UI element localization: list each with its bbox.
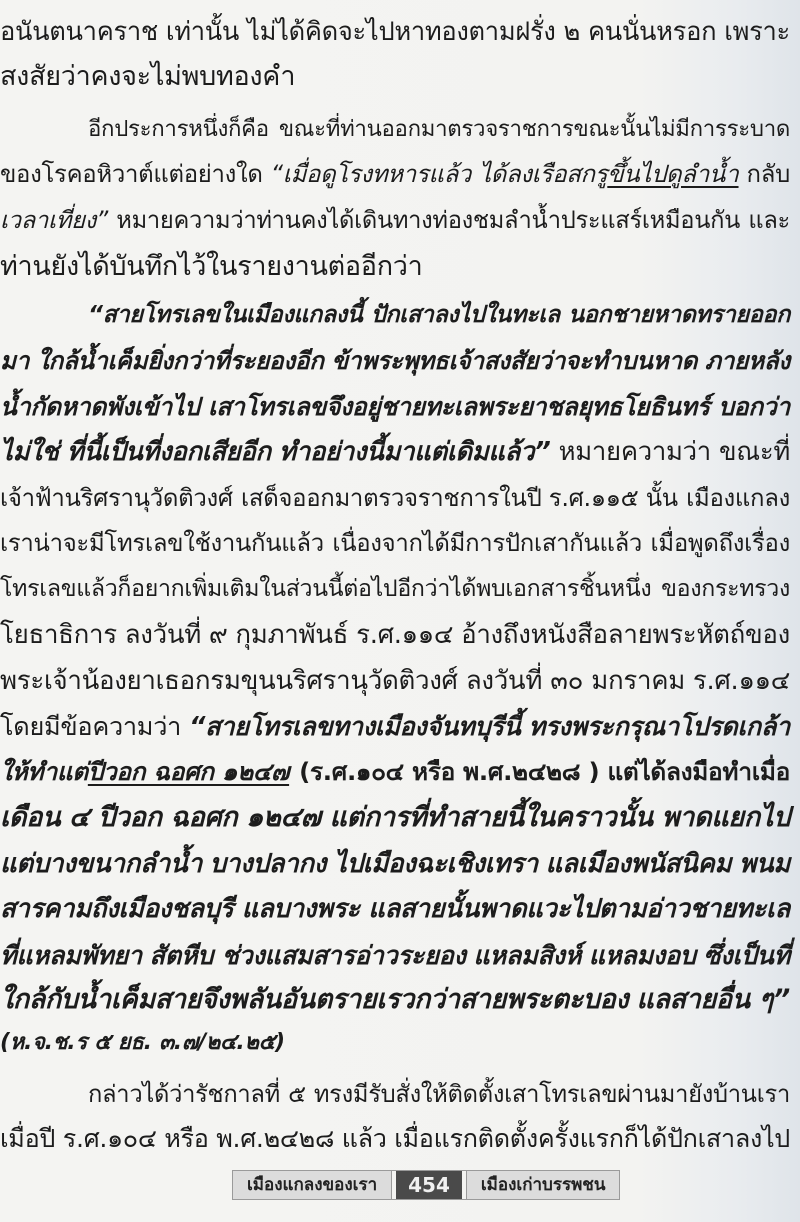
quote-segment: แลสายนั้นพาดแวะไปตามอ่าวชายทะเล: [368, 891, 790, 927]
quote-segment: นอกชายหาดทรายออก: [568, 297, 790, 333]
text-line: อนันตนาคราช เท่านั้น ไม่ได้คิดจะไปหาทองต…: [0, 14, 790, 50]
quote-segment: แต่การที่ทำสายนี้ในคราวนั้น: [329, 800, 652, 836]
text-segment: ๕: [288, 1076, 306, 1112]
text-segment: โทรเลขแล้วก็อยากเพิ่มเติมในส่วนนี้ต่อไปอ…: [0, 571, 651, 607]
text-segment: ๒: [564, 14, 581, 50]
quote-segment: ที่แหลมพัทยา: [0, 937, 142, 973]
text-segment: ของโรคอหิวาต์แต่อย่างใด: [0, 156, 263, 192]
text-segment: ๓๐: [550, 663, 583, 699]
text-segment: เพราะ: [724, 14, 790, 50]
section-title: เมืองเก่าบรรพชน: [466, 1171, 621, 1199]
quote-segment: (ร.ศ.๑๐๔ หรือ พ.ศ.๒๔๒๘ ) แต่ได้ลงมือทำเม…: [299, 754, 790, 790]
text-segment: สงสัยว่าคงจะไม่พบทองคำ: [0, 59, 295, 95]
text-segment: เมืองแกลง: [686, 480, 790, 516]
quote-segment: ๑๒๔๗: [246, 800, 320, 836]
quote-segment: ทำอย่างนี้มาแต่เดิมแล้ว”: [279, 434, 551, 470]
text-segment: ขณะที่: [719, 434, 790, 470]
quote-segment: พนม: [739, 846, 790, 882]
text-segment: ท่านยังได้บันทึกไว้ในรายงานต่ออีกว่า: [0, 249, 422, 285]
text-segment: แล้ว: [342, 1121, 387, 1157]
quote-segment: แลเมืองพนัสนิคม: [546, 846, 732, 882]
text-segment: เสด็จออกมาตรวจราชการในปี ร.ศ.๑๑๕ นั้น: [241, 480, 678, 516]
quote-segment: เดือน: [0, 800, 60, 836]
page-footer: เมืองแกลงของเรา 454 เมืองเก่าบรรพชน: [232, 1170, 620, 1200]
text-segment: โดยมีข้อความว่า: [0, 708, 181, 744]
book-title: เมืองแกลงของเรา: [232, 1171, 392, 1199]
quote-segment: บางปลากง: [210, 846, 326, 882]
quote-segment: แลสายอื่น ๆ”: [636, 982, 790, 1018]
text-segment: คนนั่นหรอก: [588, 14, 716, 50]
text-line: โทรเลขแล้วก็อยากเพิ่มเติมในส่วนนี้ต่อไปอ…: [0, 571, 790, 607]
text-line: โยธาธิการ ลงวันที่ ๙ กุมภาพันธ์ ร.ศ.๑๑๔ …: [0, 617, 790, 653]
text-segment: เนื่องจากได้มีการปักเสากันแล้ว: [332, 525, 642, 561]
quote-segment: ข้าพระพุทธเจ้าสงสัยว่าจะทำบนหาด: [332, 343, 698, 379]
quote-segment: เสาโทรเลขจึงอยู่ชายทะเลพระยาชลยุทธโยธินท…: [208, 389, 710, 425]
text-segment: อ้างถึงหนังสือลายพระหัตถ์ของ: [461, 617, 790, 653]
quote-line: เดือน ๔ ปีวอก ฉอศก ๑๒๔๗ แต่การที่ทำสายนี…: [0, 800, 790, 836]
quote-segment: “สายโทรเลขในเมืองแกลงนี้: [88, 297, 363, 333]
text-line: พระเจ้าน้องยาเธอกรมขุนนริศรานุวัดติวงศ์ …: [0, 663, 790, 699]
quote-line: แต่บางขนากลำน้ำ บางปลากง ไปเมืองฉะเชิงเท…: [0, 846, 790, 882]
text-segment: เท่านั้น: [166, 14, 239, 50]
quote-segment: ๔: [69, 800, 89, 836]
text-line: โดยมีข้อความว่า “สายโทรเลขทางเมืองจันทบุ…: [0, 708, 790, 744]
quote-segment: เวลาเที่ยง”: [0, 202, 108, 238]
text-segment: ๙: [209, 617, 228, 653]
text-segment: เมื่อพูดถึงเรื่อง: [651, 525, 790, 561]
quote-segment: ที่นี้เป็นที่งอกเสียอีก: [67, 434, 271, 470]
quote-segment: บอกว่า: [718, 389, 790, 425]
quote-segment: ไปเมืองฉะเชิงเทรา: [334, 846, 538, 882]
text-line: ท่านยังได้บันทึกไว้ในรายงานต่ออีกว่า: [0, 249, 790, 285]
quote-line: ให้ทำแต่ปีวอก ฉอศก ๑๒๔๗ (ร.ศ.๑๐๔ หรือ พ.…: [0, 754, 790, 790]
text-line: เราน่าจะมีโทรเลขใช้งานกันแล้ว เนื่องจากไ…: [0, 525, 790, 561]
quote-segment: มา: [0, 343, 29, 379]
quote-line: “สายโทรเลขในเมืองแกลงนี้ ปักเสาลงไปในทะเ…: [0, 297, 790, 333]
text-segment: ลงวันที่: [125, 617, 201, 653]
quote-segment: “เมื่อดูโรงทหารแล้ว: [271, 156, 471, 192]
text-segment: กุมภาพันธ์ ร.ศ.๑๑๔: [235, 617, 453, 653]
text-line: เจ้าฟ้านริศรานุวัดติวงศ์ เสด็จออกมาตรวจร…: [0, 480, 790, 516]
text-segment: เมื่อแรกติดตั้งครั้งแรกก็ได้ปักเสาลงไป: [394, 1121, 790, 1157]
text-segment: พระเจ้าน้องยาเธอกรมขุนนริศรานุวัดติวงศ์: [0, 663, 458, 699]
underlined-quote-segment: ขึ้นไปดูลำน้ำ: [607, 160, 738, 188]
citation-text: (ห.จ.ช.ร ๕ ยธ. ๓.๗/๒๔.๒๕): [0, 1025, 285, 1061]
quote-line: มา ใกล้น้ำเค็มยิ่งกว่าที่ระยองอีก ข้าพระ…: [0, 343, 790, 379]
text-segment: อนันตนาคราช: [0, 14, 158, 50]
text-segment: หมายความว่า: [559, 434, 711, 470]
text-segment: ทรงมีรับสั่งให้ติดตั้งเสาโทรเลขผ่านมายัง…: [314, 1076, 790, 1112]
quote-segment: ฉอศก: [170, 800, 237, 836]
quote-segment: “สายโทรเลขทางเมืองจันทบุรีนี้: [189, 708, 520, 744]
text-segment: เจ้าฟ้านริศรานุวัดติวงศ์: [0, 480, 233, 516]
quote-line: น้ำกัดหาดพังเข้าไป เสาโทรเลขจึงอยู่ชายทะ…: [0, 389, 790, 425]
text-segment: มกราคม ร.ศ.๑๑๔: [591, 663, 790, 699]
text-segment: ลงวันที่: [466, 663, 542, 699]
quote-segment: ให้ทำแต่: [0, 757, 88, 786]
text-segment: ไม่ได้คิดจะไปหาทองตามฝรั่ง: [247, 14, 555, 50]
text-line: กล่าวได้ว่ารัชกาลที่ ๕ ทรงมีรับสั่งให้ติ…: [0, 1076, 790, 1112]
text-line: ของโรคอหิวาต์แต่อย่างใด “เมื่อดูโรงทหารแ…: [0, 156, 790, 192]
text-segment: และ: [748, 202, 790, 238]
quote-segment: สัตหีบ ช่วงแสมสารอ่าวระยอง: [150, 937, 466, 973]
text-segment: ของกระทรวง: [661, 571, 790, 607]
quote-line: สารคามถึงเมืองชลบุรี แลบางพระ แลสายนั้นพ…: [0, 891, 790, 927]
quote-segment: แหลมงอบ: [589, 937, 696, 973]
text-segment: โยธาธิการ: [0, 617, 117, 653]
quote-segment: ไม่ใช่: [0, 434, 59, 470]
text-segment: เราน่าจะมีโทรเลขใช้งานกันแล้ว: [0, 525, 324, 561]
quote-segment: แต่บางขนากลำน้ำ: [0, 846, 202, 882]
text-segment: เมื่อปี ร.ศ.๑๐๔: [0, 1121, 157, 1157]
text-segment: กล่าวได้ว่ารัชกาลที่: [88, 1076, 280, 1112]
quote-segment: ได้ลงเรือสกรู: [479, 160, 607, 188]
text-segment: กลับ: [747, 156, 790, 192]
quote-segment: พาดแยกไป: [662, 800, 790, 836]
quote-segment: แหลมสิงห์: [473, 937, 581, 973]
quote-segment: ซึ่งเป็นที่: [703, 937, 790, 973]
quote-segment: สารคามถึงเมืองชลบุรี: [0, 891, 233, 927]
text-segment: อีกประการหนึ่งก็คือ: [88, 111, 269, 147]
quote-segment: ปักเสาลงไปในทะเล: [371, 297, 560, 333]
book-page: อนันตนาคราช เท่านั้น ไม่ได้คิดจะไปหาทองต…: [0, 0, 800, 1222]
quote-line: ใกล้กับน้ำเค็มสายจึงพลันอันตรายเรวกว่าสา…: [0, 982, 790, 1018]
quote-segment: น้ำกัดหาดพังเข้าไป: [0, 389, 199, 425]
citation: (ห.จ.ช.ร ๕ ยธ. ๓.๗/๒๔.๒๕): [0, 1025, 790, 1061]
text-line: ไม่ใช่ ที่นี้เป็นที่งอกเสียอีก ทำอย่างนี…: [0, 434, 790, 470]
quote-segment: ภายหลัง: [705, 343, 790, 379]
underlined-quote-segment: ปีวอก ฉอศก ๑๒๔๗: [88, 757, 289, 786]
text-line: เมื่อปี ร.ศ.๑๐๔ หรือ พ.ศ.๒๔๒๘ แล้ว เมื่อ…: [0, 1121, 790, 1157]
page-number: 454: [396, 1171, 462, 1199]
quote-segment: ใกล้น้ำเค็มยิ่งกว่าที่ระยองอีก: [37, 343, 324, 379]
quote-segment: ปีวอก: [98, 800, 162, 836]
quote-line: ที่แหลมพัทยา สัตหีบ ช่วงแสมสารอ่าวระยอง …: [0, 937, 790, 973]
text-line: เวลาเที่ยง” หมายความว่าท่านคงได้เดินทางท…: [0, 202, 790, 238]
quote-segment: ใกล้กับน้ำเค็มสายจึงพลันอันตรายเรวกว่าสา…: [0, 982, 628, 1018]
text-segment: หรือ พ.ศ.๒๔๒๘: [164, 1121, 334, 1157]
text-line: อีกประการหนึ่งก็คือ ขณะที่ท่านออกมาตรวจร…: [0, 111, 790, 147]
text-segment: หมายความว่าท่านคงได้เดินทางท่องชมลำน้ำปร…: [116, 202, 740, 238]
quote-segment: แลบางพระ: [242, 891, 360, 927]
text-segment: ขณะที่ท่านออกมาตรวจราชการขณะนั้นไม่มีการ…: [279, 111, 790, 147]
text-line: สงสัยว่าคงจะไม่พบทองคำ: [0, 59, 790, 95]
quote-segment: ทรงพระกรุณาโปรดเกล้า: [529, 708, 790, 744]
